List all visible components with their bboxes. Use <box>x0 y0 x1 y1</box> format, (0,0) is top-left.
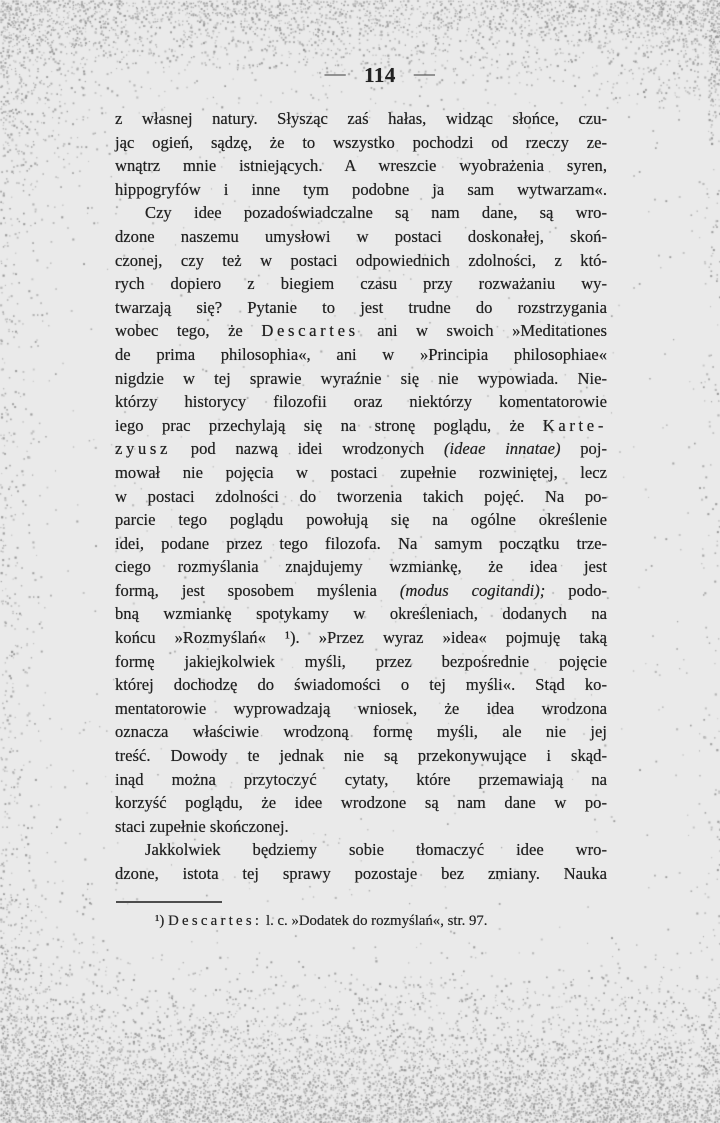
text-line: w postaci zdolności do tworzenia takich … <box>115 485 607 509</box>
text-line: Jakkolwiek będziemy sobie tłomaczyć idee… <box>115 838 607 862</box>
text-segment: Karte- <box>543 416 607 435</box>
text-line: Czy idee pozadoświadczalne są nam dane, … <box>115 201 607 225</box>
text-line: dzone naszemu umysłowi w postaci doskona… <box>115 225 607 249</box>
text-segment: mentatorowie wyprowadzają wniosek, że id… <box>115 699 607 718</box>
text-segment: z własnej natury. Słysząc zaś hałas, wid… <box>115 109 607 128</box>
page-number-header: —114— <box>0 63 720 88</box>
text-segment: dzone naszemu umysłowi w postaci doskona… <box>115 227 607 246</box>
text-line: czonej, czy też w postaci odpowiednich z… <box>115 249 607 273</box>
text-segment: (ideae innatae) <box>444 439 561 458</box>
text-segment: nigdzie w tej sprawie wyraźnie się nie w… <box>115 369 607 388</box>
text-segment: Czy idee pozadoświadczalne są nam dane, … <box>145 203 607 222</box>
text-segment: końcu »Rozmyślań« ¹). »Przez wyraz »idea… <box>115 628 607 647</box>
text-line: ciego rozmyślania znajdujemy wzmiankę, ż… <box>115 555 607 579</box>
text-line: treść. Dowody te jednak nie są przekonyw… <box>115 744 607 768</box>
text-segment: wnątrz mnie istniejących. A wreszcie wyo… <box>115 156 607 175</box>
text-segment: parcie tego poglądu powołują się na ogól… <box>115 510 607 529</box>
text-line: twarzają się? Pytanie to jest trudne do … <box>115 296 607 320</box>
text-line: inąd można przytoczyć cytaty, które prze… <box>115 768 607 792</box>
text-line: jąc ogień, sądzę, że to wszystko pochodz… <box>115 131 607 155</box>
text-segment: inąd można przytoczyć cytaty, które prze… <box>115 770 607 789</box>
text-line: z własnej natury. Słysząc zaś hałas, wid… <box>115 107 607 131</box>
text-segment: hippogryfów i inne tym podobne ja sam wy… <box>115 180 607 199</box>
text-segment: bną wzmiankę spotykamy w określeniach, d… <box>115 604 607 623</box>
text-segment: formę jakiejkolwiek myśli, przez bezpośr… <box>115 652 607 671</box>
text-segment: korzyść poglądu, że idee wrodzone są nam… <box>115 793 607 812</box>
text-line: oznacza właściwie wrodzoną formę myśli, … <box>115 720 607 744</box>
text-line: korzyść poglądu, że idee wrodzone są nam… <box>115 791 607 815</box>
text-segment: mował nie pojęcia w postaci zupełnie roz… <box>115 463 607 482</box>
text-line: dzone, istota tej sprawy pozostaje bez z… <box>115 862 607 886</box>
text-segment: poj- <box>561 439 607 458</box>
text-segment: iego prac przechylają się na stronę pogl… <box>115 416 543 435</box>
scanned-book-page: —114— z własnej natury. Słysząc zaś hała… <box>0 0 720 1123</box>
text-segment: twarzają się? Pytanie to jest trudne do … <box>115 298 607 317</box>
page-number: 114 <box>364 63 396 87</box>
text-segment: w postaci zdolności do tworzenia takich … <box>115 487 607 506</box>
text-line: de prima philosophia«, ani w »Principia … <box>115 343 607 367</box>
text-line: bną wzmiankę spotykamy w określeniach, d… <box>115 602 607 626</box>
text-segment: ciego rozmyślania znajdujemy wzmiankę, ż… <box>115 557 607 576</box>
text-segment: l. c. »Dodatek do rozmyślań«, str. 97. <box>262 913 487 929</box>
text-line: wnątrz mnie istniejących. A wreszcie wyo… <box>115 154 607 178</box>
header-dash-left: — <box>325 61 347 86</box>
text-segment: zyusz <box>115 439 171 458</box>
text-line: hippogryfów i inne tym podobne ja sam wy… <box>115 178 607 202</box>
text-line: końcu »Rozmyślań« ¹). »Przez wyraz »idea… <box>115 626 607 650</box>
text-segment: Jakkolwiek będziemy sobie tłomaczyć idee… <box>145 840 607 859</box>
text-segment: rych dopiero z biegiem czasu przy rozważ… <box>115 274 607 293</box>
text-line: którzy historycy filozofii oraz niektórz… <box>115 390 607 414</box>
text-segment: jąc ogień, sądzę, że to wszystko pochodz… <box>115 133 607 152</box>
page-content: —114— z własnej natury. Słysząc zaś hała… <box>0 0 720 1123</box>
text-line: rych dopiero z biegiem czasu przy rozważ… <box>115 272 607 296</box>
text-segment: ¹) <box>155 913 168 929</box>
text-segment: Descartes <box>261 321 358 340</box>
header-dash-right: — <box>414 61 436 86</box>
footnote-separator-rule <box>116 901 222 903</box>
text-line: mował nie pojęcia w postaci zupełnie roz… <box>115 461 607 485</box>
footnote: ¹) Descartes: l. c. »Dodatek do rozmyśla… <box>115 911 607 931</box>
text-line: wobec tego, że Descartes ani w swoich »M… <box>115 319 607 343</box>
text-segment: treść. Dowody te jednak nie są przekonyw… <box>115 746 607 765</box>
text-line: której dochodzę do świadomości o tej myś… <box>115 673 607 697</box>
text-line: idei, podane przez tego filozofa. Na sam… <box>115 532 607 556</box>
text-line: formę jakiejkolwiek myśli, przez bezpośr… <box>115 650 607 674</box>
text-segment: oznacza właściwie wrodzoną formę myśli, … <box>115 722 607 741</box>
text-segment: czonej, czy też w postaci odpowiednich z… <box>115 251 607 270</box>
text-segment: idei, podane przez tego filozofa. Na sam… <box>115 534 607 553</box>
text-line: mentatorowie wyprowadzają wniosek, że id… <box>115 697 607 721</box>
text-line: formą, jest sposobem myślenia (modus cog… <box>115 579 607 603</box>
body-text: z własnej natury. Słysząc zaś hałas, wid… <box>115 107 607 886</box>
text-segment: której dochodzę do świadomości o tej myś… <box>115 675 607 694</box>
text-line: staci zupełnie skończonej. <box>115 815 607 839</box>
text-segment: formą, jest sposobem myślenia <box>115 581 400 600</box>
text-line: zyusz pod nazwą idei wrodzonych (ideae i… <box>115 437 607 461</box>
text-line: iego prac przechylają się na stronę pogl… <box>115 414 607 438</box>
text-segment: pod nazwą idei wrodzonych <box>171 439 444 458</box>
text-segment: którzy historycy filozofii oraz niektórz… <box>115 392 607 411</box>
text-segment: staci zupełnie skończonej. <box>115 817 289 836</box>
text-segment: de prima philosophia«, ani w »Principia … <box>115 345 607 364</box>
text-segment: (modus cogitandi); <box>400 581 546 600</box>
text-segment: dzone, istota tej sprawy pozostaje bez z… <box>115 864 607 883</box>
text-segment: ani w swoich »Meditationes <box>359 321 607 340</box>
text-line: parcie tego poglądu powołują się na ogól… <box>115 508 607 532</box>
text-segment: podo- <box>545 581 607 600</box>
text-line: nigdzie w tej sprawie wyraźnie się nie w… <box>115 367 607 391</box>
text-segment: Descartes: <box>168 913 262 929</box>
text-segment: wobec tego, że <box>115 321 261 340</box>
